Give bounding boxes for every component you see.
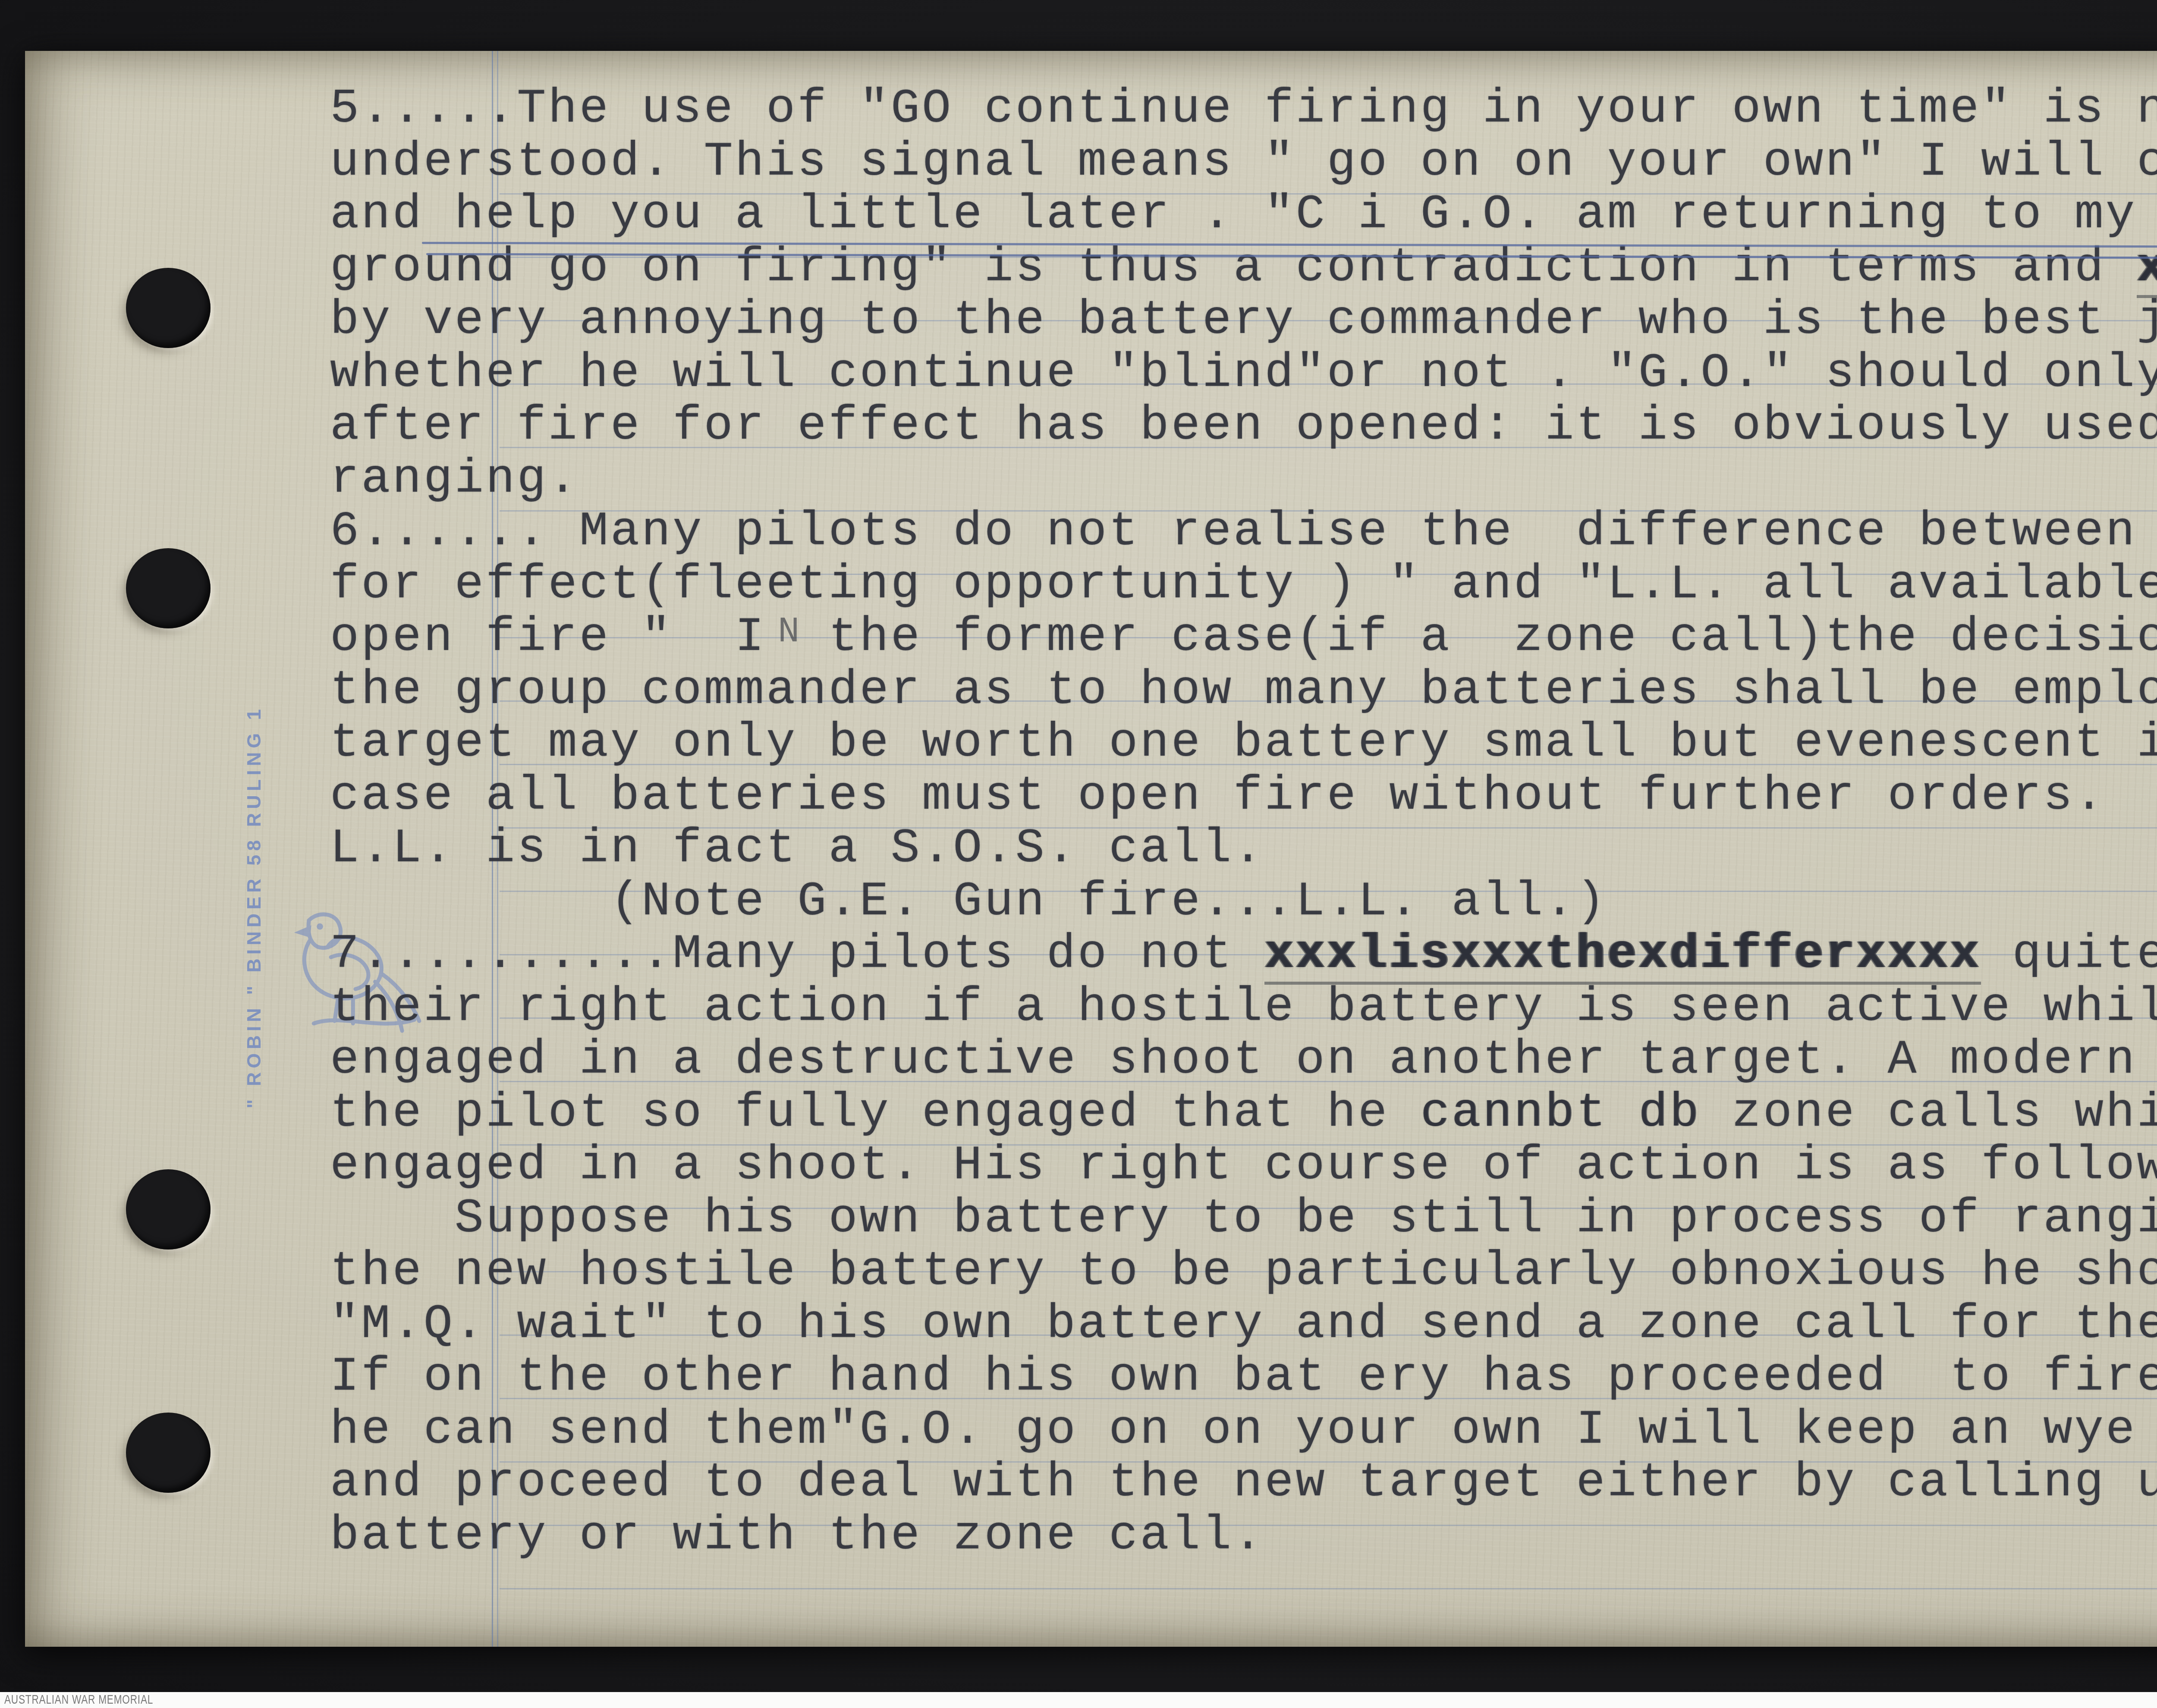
line-text: "M.Q. wait" to his own battery and send … xyxy=(330,1297,2157,1352)
line-text: and proceed to deal with the new target … xyxy=(330,1455,2157,1510)
typewritten-line: understood. This signal means " go on on… xyxy=(330,138,2157,186)
line-text: and help you a little later . "C i G.O. … xyxy=(330,187,2157,242)
typewritten-text: 5.....The use of "GO continue firing in … xyxy=(25,51,2157,1647)
document-page: " ROBIN " BINDER 58 RULING 1 5.....The u… xyxy=(25,51,2157,1647)
line-text: quite gather xyxy=(1981,927,2157,982)
line-text: he can send them"G.O. go on on your own … xyxy=(330,1403,2157,1457)
line-text: understood. This signal means " go on on… xyxy=(330,135,2157,189)
line-text: case all batteries must open fire withou… xyxy=(330,769,2106,823)
typewritten-line: ranging. xyxy=(330,455,579,503)
line-text: 5.....The use of "GO continue firing in … xyxy=(330,82,2157,136)
typewritten-line: engaged in a destructive shoot on anothe… xyxy=(330,1036,2157,1084)
line-text: ranging. xyxy=(330,452,579,506)
typewritten-line: ground go on firing" is thus a contradic… xyxy=(330,244,2157,292)
typewritten-line: engaged in a shoot. His right course of … xyxy=(330,1142,2157,1190)
typewritten-line: and proceed to deal with the new target … xyxy=(330,1459,2157,1507)
line-text: the group commander as to how many batte… xyxy=(330,663,2157,718)
typewritten-line: the group commander as to how many batte… xyxy=(330,666,2157,715)
line-text: engaged in a shoot. His right course of … xyxy=(330,1138,2157,1193)
line-text: target may only be worth one battery sma… xyxy=(330,716,2157,770)
typewritten-line: (Note G.E. Gun fire...L.L. all.) xyxy=(330,878,1607,926)
typewritten-line: and help you a little later . "C i G.O. … xyxy=(330,191,2157,239)
line-text: open fire " I the former case(if a zone … xyxy=(330,610,2157,665)
typewritten-line: the new hostile battery to be particular… xyxy=(330,1247,2157,1296)
line-text: whether he will continue "blind"or not .… xyxy=(330,346,2157,401)
line-text: L.L. is in fact a S.O.S. call. xyxy=(330,821,1264,876)
line-text: 7..........Many pilots do not xyxy=(330,927,1264,982)
overstruck-text: xuxy xyxy=(2137,240,2157,298)
typewritten-line: after fire for effect has been opened: i… xyxy=(330,402,2157,450)
line-text: after fire for effect has been opened: i… xyxy=(330,399,2157,453)
typewritten-line: target may only be worth one battery sma… xyxy=(330,719,2157,767)
typewritten-line: 7..........Many pilots do not xxxlisxxxt… xyxy=(330,930,2157,979)
line-text: (Note G.E. Gun fire...L.L. all.) xyxy=(330,874,1607,929)
line-text: battery or with the zone call. xyxy=(330,1508,1264,1563)
line-text: the pilot so fully engaged that he xyxy=(330,1086,1420,1140)
typewritten-line: "M.Q. wait" to his own battery and send … xyxy=(330,1300,2157,1349)
inserted-character: N xyxy=(778,612,799,653)
typewritten-line: open fire " I the former case(if a zone … xyxy=(330,613,2157,662)
archive-caption-bar: AUSTRALIAN WAR MEMORIAL AWM2019.22.242 xyxy=(0,1692,2157,1708)
line-text: If on the other hand his own bat ery has… xyxy=(330,1350,2157,1404)
typewritten-line: Suppose his own battery to be still in p… xyxy=(330,1195,2157,1243)
typewritten-line: 6...... Many pilots do not realise the d… xyxy=(330,508,2157,556)
scanned-document-photo: " ROBIN " BINDER 58 RULING 1 5.....The u… xyxy=(0,0,2157,1708)
typewritten-line: If on the other hand his own bat ery has… xyxy=(330,1353,2157,1401)
line-text: the new hostile battery to be particular… xyxy=(330,1244,2157,1299)
typewritten-line: case all batteries must open fire withou… xyxy=(330,772,2106,820)
typewritten-line: their right action if a hostile battery … xyxy=(330,983,2157,1032)
line-text: engaged in a destructive shoot on anothe… xyxy=(330,1033,2157,1087)
typewritten-line: L.L. is in fact a S.O.S. call. xyxy=(330,825,1264,873)
line-text: zone calls while actually xyxy=(1701,1086,2157,1140)
line-text: ground go on firing" is thus a contradic… xyxy=(330,240,2137,295)
typewritten-line: by very annoying to the battery commande… xyxy=(330,296,2157,345)
overstruck-text: cannbt db xyxy=(1420,1086,1701,1140)
overstruck-text: xxxlisxxxthexdifferxxxx xyxy=(1264,927,1981,985)
typewritten-line: the pilot so fully engaged that he cannb… xyxy=(330,1089,2157,1137)
line-text: by very annoying to the battery commande… xyxy=(330,293,2157,348)
typewritten-line: 5.....The use of "GO continue firing in … xyxy=(330,85,2157,133)
archive-name-label: AUSTRALIAN WAR MEMORIAL xyxy=(4,1693,153,1707)
line-text: their right action if a hostile battery … xyxy=(330,980,2157,1035)
typewritten-line: battery or with the zone call. xyxy=(330,1512,1264,1560)
line-text: Suppose his own battery to be still in p… xyxy=(330,1191,2157,1246)
line-text: 6...... Many pilots do not realise the d… xyxy=(330,504,2157,559)
typewritten-line: for effect(fleeting opportunity ) " and … xyxy=(330,561,2157,609)
typewritten-line: whether he will continue "blind"or not .… xyxy=(330,349,2157,398)
line-text: for effect(fleeting opportunity ) " and … xyxy=(330,557,2157,612)
typewritten-line: he can send them"G.O. go on on your own … xyxy=(330,1406,2157,1454)
